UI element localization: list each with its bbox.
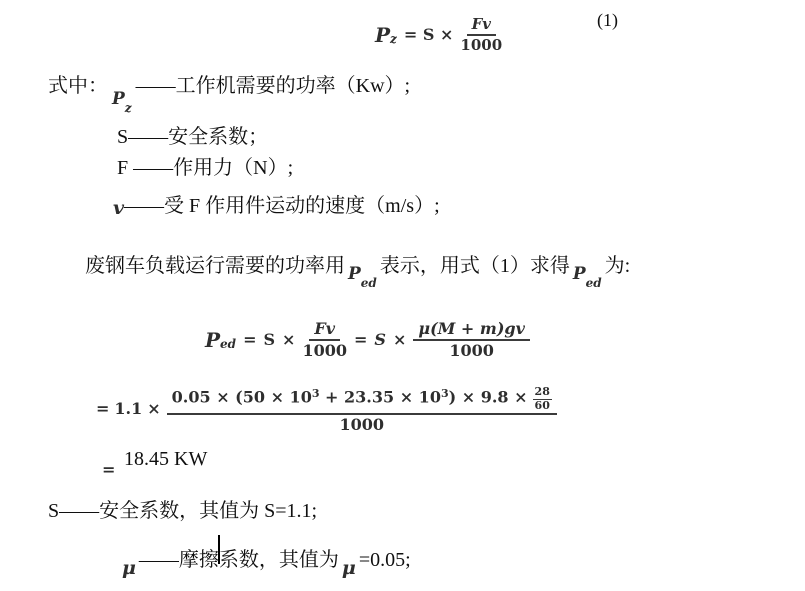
subscript-ed: ed (220, 338, 236, 350)
equals-sign: = (354, 332, 367, 348)
mini-denominator: 60 (535, 400, 550, 413)
fraction-denominator: 1000 (449, 341, 494, 359)
symbol-s-line: S——安全系数； (117, 127, 268, 147)
times-sign: × (282, 332, 295, 348)
document-page[interactable]: Pz = S × Fv 1000 (1) 式中： Pz ——工作机需要的功率（K… (0, 0, 805, 591)
var-p: P (348, 264, 361, 284)
coef-s-upright: S (263, 332, 275, 348)
equation-3: = 1.1 × 0.05 × (50 × 103 + 23.35 × 103) … (96, 384, 557, 433)
equation-number: (1) (597, 11, 618, 29)
symbol-ped-2: Ped (573, 266, 602, 285)
equals-sign: = (243, 332, 256, 348)
equation-1: Pz = S × Fv 1000 (375, 16, 502, 53)
fraction-numerator: 0.05 × (50 × 103 + 23.35 × 103) × 9.8 ×2… (167, 384, 557, 415)
result-value: 18.45 KW (124, 449, 207, 469)
mu-dash-text: ——摩擦 (139, 550, 219, 570)
body-paragraph: 废钢车负载运行需要的功率用 Ped 表示，用式（1）求得 Ped 为: (85, 256, 630, 278)
paragraph-text-1: 废钢车负载运行需要的功率用 (85, 256, 345, 276)
subscript-ed: ed (361, 276, 377, 290)
var-p: P (573, 264, 586, 284)
coef-s-italic: S (374, 332, 386, 348)
coefficient: 1.1 (114, 401, 142, 417)
where2-mu-line: μ ——摩擦 系数，其值为 μ =0.05; (119, 537, 411, 570)
where2-s-line: S——安全系数，其值为 S=1.1; (48, 501, 317, 521)
mu-rest-text: 系数，其值为 (219, 550, 339, 570)
equation-2: Ped = S × Fv 1000 = S × μ(M + m)gv 1000 (205, 320, 530, 359)
fraction-denominator: 1000 (339, 415, 384, 433)
paragraph-text-3: 为: (605, 256, 631, 276)
fraction-numerator: Fv (309, 320, 340, 341)
result-equals-sign: = (102, 462, 115, 478)
subscript-z: z (390, 33, 397, 45)
equals-sign: = (96, 401, 109, 417)
v-description: ——受 F 作用件运动的速度（m/s）; (124, 196, 440, 216)
var-ped: P (205, 330, 220, 350)
mini-numerator: 28 (533, 386, 552, 400)
numerator-seg-c: ) × 9.8 × (449, 388, 528, 407)
paragraph-text-2: 表示，用式（1）求得 (380, 256, 570, 276)
fraction-mu-mmgv-1000: μ(M + m)gv 1000 (413, 320, 530, 359)
exponent-3: 3 (312, 387, 320, 400)
numerator-seg-b: + 23.35 × 10 (319, 388, 440, 407)
big-fraction: 0.05 × (50 × 103 + 23.35 × 103) × 9.8 ×2… (167, 384, 557, 433)
fraction-denominator: 1000 (302, 341, 347, 359)
fraction-numerator: μ(M + m)gv (413, 320, 530, 341)
numerator-seg-a: 0.05 × (50 × 10 (172, 388, 312, 407)
symbol-v-line: v ——受 F 作用件运动的速度（m/s）; (113, 196, 440, 216)
fraction-numerator: Fv (467, 16, 496, 36)
var-pz: P (375, 25, 390, 45)
fraction-fv-1000: Fv 1000 (460, 16, 502, 53)
subscript-z: z (125, 101, 132, 115)
symbol-pz: Pz (112, 91, 132, 110)
symbol-ped-1: Ped (348, 266, 377, 285)
where-label: 式中： (48, 76, 108, 96)
exponent-3: 3 (441, 387, 449, 400)
subscript-ed: ed (586, 276, 602, 290)
var-v: v (113, 199, 124, 218)
equals-s-times: = S × (404, 27, 454, 43)
mu-value-text: =0.05; (359, 550, 411, 570)
fraction-denominator: 1000 (460, 36, 502, 53)
var-mu: μ (122, 559, 136, 578)
pz-description: ——工作机需要的功率（Kw）; (136, 76, 410, 96)
symbol-f-line: F ——作用力（N）; (117, 158, 293, 178)
var-mu: μ (342, 559, 356, 578)
text-cursor (218, 535, 220, 564)
where-line-pz: 式中： Pz ——工作机需要的功率（Kw）; (48, 76, 410, 98)
times-sign: × (147, 401, 160, 417)
times-sign: × (393, 332, 406, 348)
fraction-fv-1000: Fv 1000 (302, 320, 347, 359)
mini-fraction-28-60: 2860 (533, 386, 552, 412)
var-p: P (112, 89, 125, 109)
